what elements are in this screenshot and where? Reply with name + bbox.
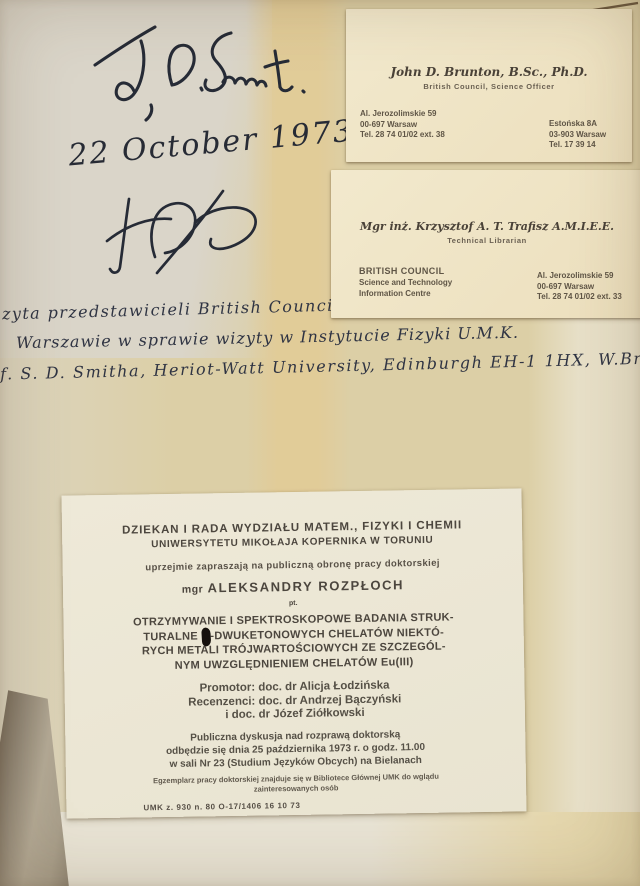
business-card-brunton: John D. Brunton, B.Sc., Ph.D. British Co… bbox=[346, 9, 632, 162]
invitation-footnote: Egzemplarz pracy doktorskiej znajduje si… bbox=[66, 770, 526, 797]
card-brunton-address-right: Estońska 8A 03-903 Warsaw Tel. 17 39 14 bbox=[549, 119, 606, 151]
card-trafisz-name: Mgr inż. Krzysztof A. T. Trafisz A.M.I.E… bbox=[331, 220, 640, 233]
card-trafisz-address-right: Al. Jerozolimskie 59 00-697 Warsaw Tel. … bbox=[537, 271, 622, 303]
signature-secondary bbox=[95, 185, 295, 285]
org-line: BRITISH COUNCIL bbox=[359, 266, 452, 277]
invitation-print-reference: UMK z. 930 n. 80 O-17/1406 16 10 73 bbox=[143, 797, 526, 812]
address-line: Al. Jerozolimskie 59 bbox=[537, 271, 622, 282]
org-line: Science and Technology bbox=[359, 277, 452, 288]
address-line: Al. Jerozolimskie 59 bbox=[360, 109, 445, 120]
card-trafisz-subtitle: Technical Librarian bbox=[331, 236, 640, 245]
address-line: Tel. 28 74 01/02 ext. 33 bbox=[537, 292, 622, 303]
address-line: Tel. 28 74 01/02 ext. 38 bbox=[360, 130, 445, 141]
invitation-candidate: mgr ALEKSANDRY ROZPŁOCH bbox=[63, 574, 523, 599]
address-line: 03-903 Warsaw bbox=[549, 130, 606, 141]
business-card-trafisz: Mgr inż. Krzysztof A. T. Trafisz A.M.I.E… bbox=[331, 170, 640, 318]
invitation-invite-line: uprzejmie zapraszają na publiczną obronę… bbox=[63, 556, 523, 574]
invitation-thesis-title: OTRZYMYWANIE I SPEKTROSKOPOWE BADANIA ST… bbox=[63, 609, 524, 674]
card-trafisz-organisation: BRITISH COUNCIL Science and Technology I… bbox=[359, 266, 452, 299]
address-line: 00-697 Warsaw bbox=[360, 120, 445, 131]
card-brunton-subtitle: British Council, Science Officer bbox=[346, 82, 632, 91]
address-line: Estońska 8A bbox=[549, 119, 606, 130]
org-line: Information Centre bbox=[359, 288, 452, 299]
background-patch-bottom bbox=[0, 812, 640, 886]
candidate-name: ALEKSANDRY ROZPŁOCH bbox=[207, 577, 404, 595]
invitation-defense-details: Publiczna dyskusja nad rozprawą doktorsk… bbox=[65, 726, 526, 772]
invitation-card: DZIEKAN I RADA WYDZIAŁU MATEM., FIZYKI I… bbox=[61, 488, 526, 818]
invitation-committee: Promotor: doc. dr Alicja Łodzińska Recen… bbox=[64, 677, 525, 725]
thesis-title-line2-pre: TURALNE bbox=[143, 630, 201, 643]
card-brunton-name: John D. Brunton, B.Sc., Ph.D. bbox=[346, 65, 632, 79]
photo-album-page: 22 October 1973 John D. Brunton, B.Sc., … bbox=[0, 0, 640, 886]
card-brunton-address-left: Al. Jerozolimskie 59 00-697 Warsaw Tel. … bbox=[360, 109, 445, 141]
candidate-prefix: mgr bbox=[182, 583, 204, 595]
address-line: Tel. 17 39 14 bbox=[549, 140, 606, 151]
address-line: 00-697 Warsaw bbox=[537, 282, 622, 293]
background-patch-right bbox=[528, 300, 640, 815]
inked-beta-symbol: β bbox=[201, 627, 211, 646]
